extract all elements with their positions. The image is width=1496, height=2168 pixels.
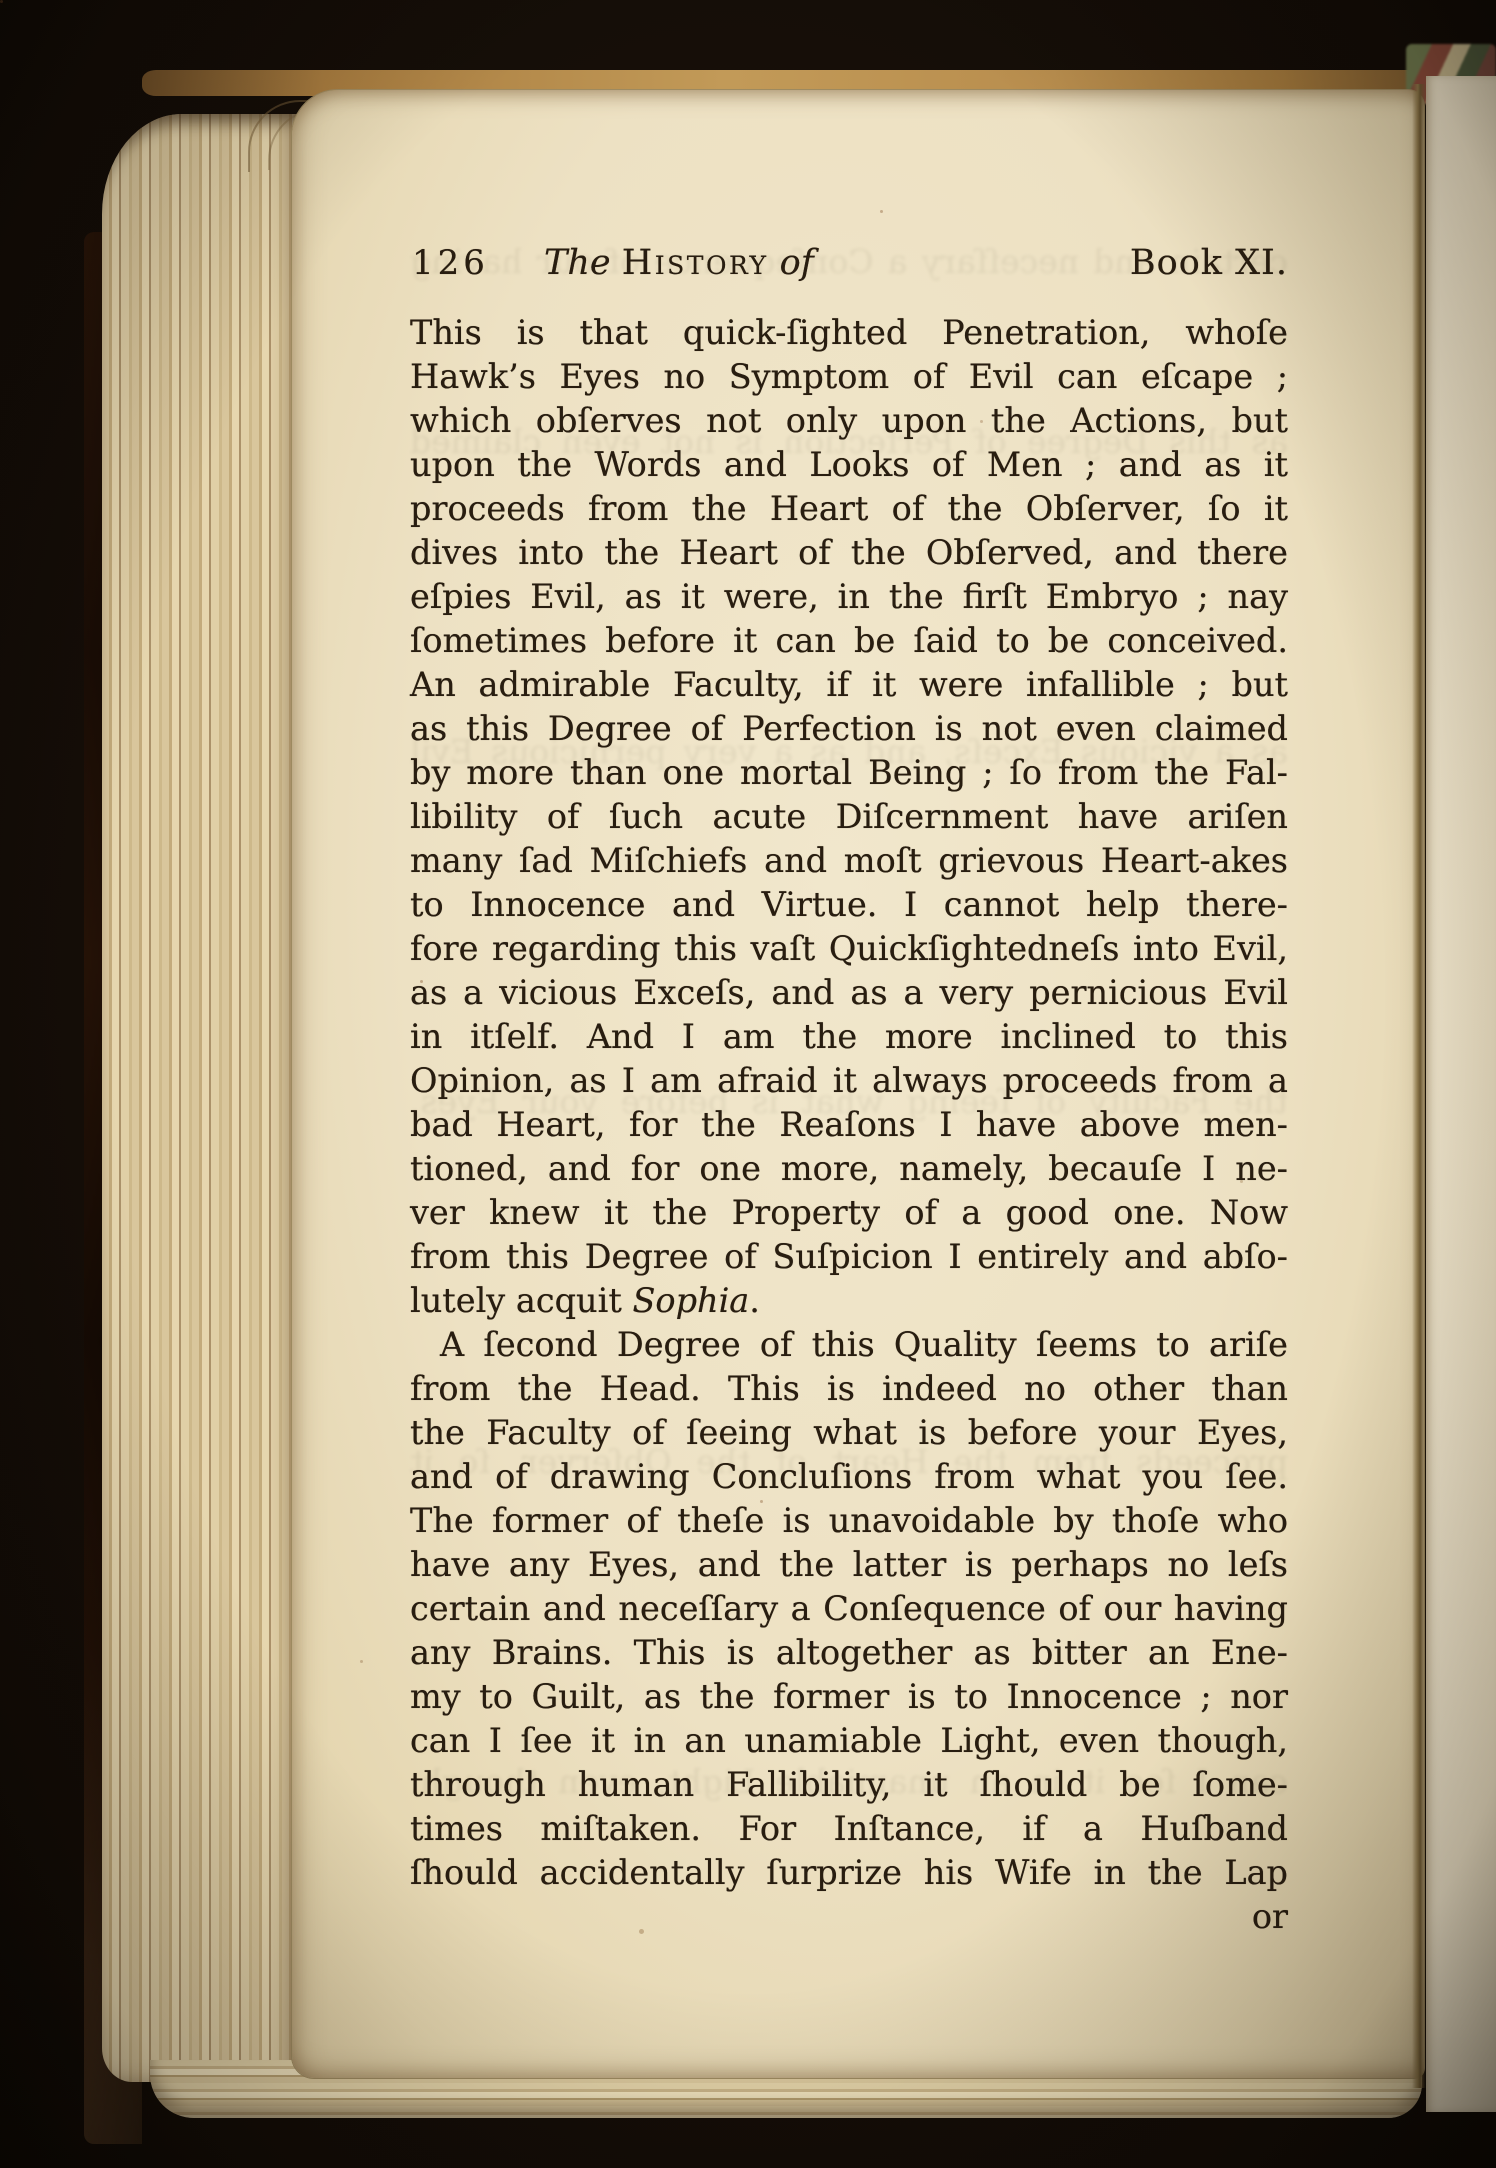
text-line: lutely acquit Sophia. <box>410 1279 1288 1323</box>
catchword: or <box>410 1895 1288 1939</box>
running-title-of: of <box>780 243 814 283</box>
text-line: tioned, and for one more, namely, becauſ… <box>410 1147 1288 1191</box>
page-stack-left-edge <box>102 114 306 2082</box>
body-text: This is that quick-ſighted Penetration, … <box>410 311 1288 1895</box>
text-line: ſhould accidentally ſurprize his Wife in… <box>410 1851 1288 1895</box>
running-title: The History of <box>544 243 814 283</box>
running-header: 126 The History of Book XI. <box>410 243 1288 283</box>
text-line: as a vicious Exceſs, and as a very perni… <box>410 971 1288 1015</box>
book-number-label: Book XI. <box>1130 243 1288 283</box>
paper-specks <box>0 0 3 3</box>
text-line: upon the Words and Looks of Men ; and as… <box>410 443 1288 487</box>
text-line: my to Guilt, as the former is to Innocen… <box>410 1675 1288 1719</box>
text-line: proceeds from the Heart of the Obſerver,… <box>410 487 1288 531</box>
running-title-the: The <box>544 243 611 283</box>
text-line: Hawk’s Eyes no Symptom of Evil can eſcap… <box>410 355 1288 399</box>
text-line: An admirable Faculty, if it were infalli… <box>410 663 1288 707</box>
text-segment: . <box>749 1281 760 1320</box>
book-page-photo: certain and neceſſary a Conſequence of o… <box>0 0 1496 2168</box>
page-number: 126 <box>412 243 489 283</box>
text-line: the Faculty of ſeeing what is before you… <box>410 1411 1288 1455</box>
text-line: which obſerves not only upon the Actions… <box>410 399 1288 443</box>
facing-page-sliver <box>1426 76 1496 2112</box>
text-line: A ſecond Degree of this Quality ſeems to… <box>410 1323 1288 1367</box>
text-line: libility of ſuch acute Diſcernment have … <box>410 795 1288 839</box>
text-line: by more than one mortal Being ; ſo from … <box>410 751 1288 795</box>
text-segment: lutely acquit <box>410 1281 632 1320</box>
text-line: can I ſee it in an unamiable Light, even… <box>410 1719 1288 1763</box>
text-line: from the Head. This is indeed no other t… <box>410 1367 1288 1411</box>
text-line: to Innocence and Virtue. I cannot help t… <box>410 883 1288 927</box>
text-line: certain and neceſſary a Conſequence of o… <box>410 1587 1288 1631</box>
text-line: in itſelf. And I am the more inclined to… <box>410 1015 1288 1059</box>
text-line: ver knew it the Property of a good one. … <box>410 1191 1288 1235</box>
text-line: eſpies Evil, as it were, in the firſt Em… <box>410 575 1288 619</box>
text-line: and of drawing Concluſions from what you… <box>410 1455 1288 1499</box>
character-name-sophia: Sophia <box>632 1281 749 1320</box>
text-line: This is that quick-ſighted Penetration, … <box>410 311 1288 355</box>
text-line: Opinion, as I am afraid it always procee… <box>410 1059 1288 1103</box>
running-title-history: History <box>622 243 769 283</box>
text-line: bad Heart, for the Reaſons I have above … <box>410 1103 1288 1147</box>
text-line: fore regarding this vaſt Quickſightedneſ… <box>410 927 1288 971</box>
page-gutter-crease <box>1412 84 1426 2088</box>
text-line: as this Degree of Perfection is not even… <box>410 707 1288 751</box>
text-line: through human Fallibility, it ſhould be … <box>410 1763 1288 1807</box>
text-line: many ſad Miſchiefs and moſt grievous Hea… <box>410 839 1288 883</box>
text-line: ſometimes before it can be ſaid to be co… <box>410 619 1288 663</box>
text-line: from this Degree of Suſpicion I entirely… <box>410 1235 1288 1279</box>
text-line: The former of theſe is unavoidable by th… <box>410 1499 1288 1543</box>
text-line: have any Eyes, and the latter is perhaps… <box>410 1543 1288 1587</box>
text-line: any Brains. This is altogether as bitter… <box>410 1631 1288 1675</box>
text-line: times miſtaken. For Inſtance, if a Huſba… <box>410 1807 1288 1851</box>
text-line: dives into the Heart of the Obſerved, an… <box>410 531 1288 575</box>
